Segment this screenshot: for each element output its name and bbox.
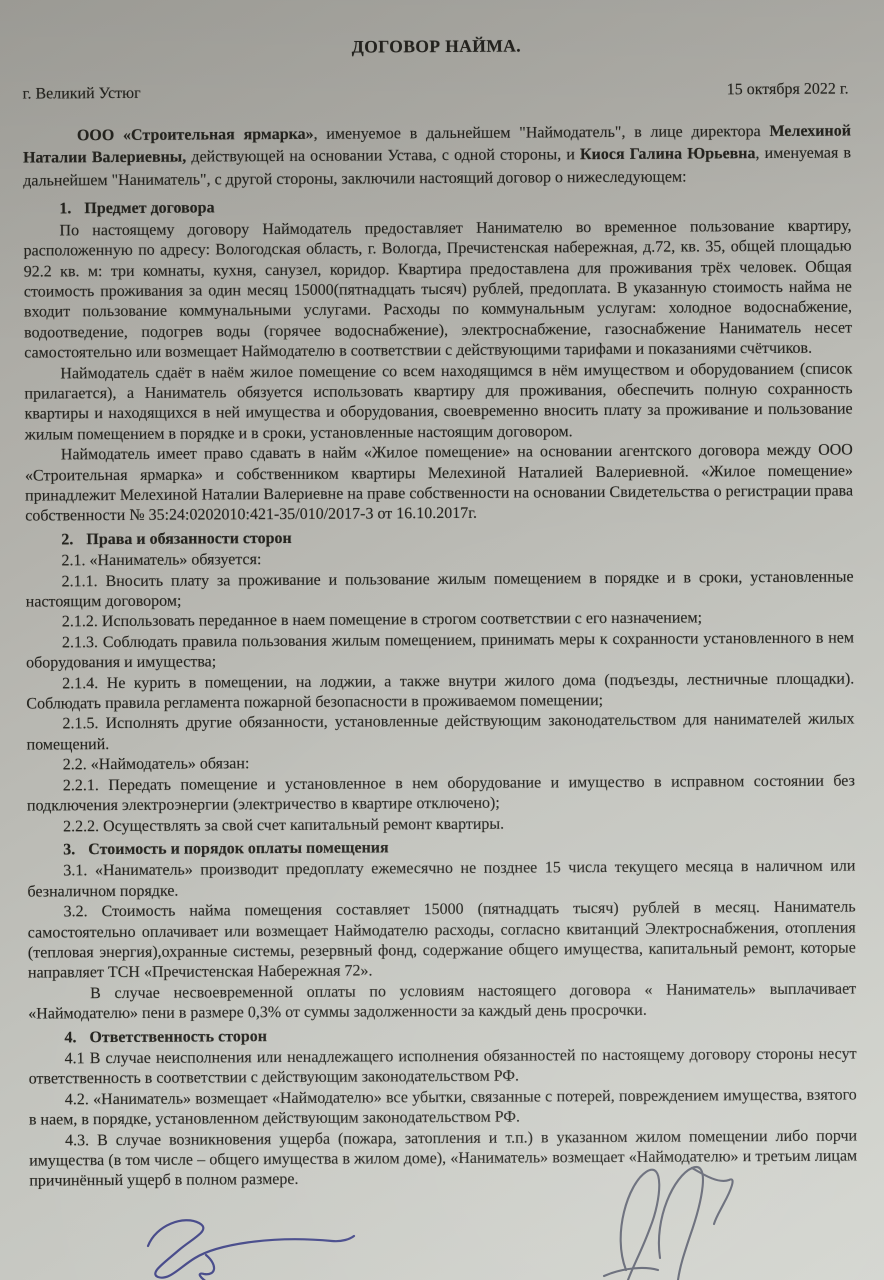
- body-text: 2.1.5. Исполнять другие обязанности, уст…: [27, 711, 855, 753]
- body-text: , именуемое в дальнейшем "Наймодатель", …: [313, 123, 769, 143]
- paragraph: 4.2. «Наниматель» возмещает «Наймодателю…: [29, 1085, 857, 1131]
- document-title: ДОГОВОР НАЙМА.: [22, 33, 850, 58]
- body-text: 2.2.2. Осуществлять за свой счет капитал…: [63, 815, 504, 835]
- document-content: ДОГОВОР НАЙМА. г. Великий Устюг 15 октяб…: [0, 0, 884, 1280]
- section-title: Права и обязанности сторон: [86, 530, 291, 548]
- body-text: 2.2.1. Передать помещение и установленно…: [27, 772, 855, 814]
- paragraph: 4.1 В случае неисполнения или ненадлежащ…: [28, 1044, 856, 1090]
- paragraph: 2.2.2. Осуществлять за свой счет капитал…: [27, 812, 855, 837]
- body-text: 2.1.3. Соблюдать правила пользования жил…: [26, 629, 854, 671]
- section-number: 2.: [61, 531, 73, 548]
- document-city: г. Великий Устюг: [23, 84, 141, 105]
- document-date: 15 октября 2022 г.: [727, 80, 849, 101]
- body-text: 3.1. «Наниматель» производит предоплату …: [27, 858, 855, 900]
- paragraph: 2.1.5. Исполнять другие обязанности, уст…: [26, 710, 854, 756]
- body-text: 2.1.1. Вносить плату за проживание и пол…: [26, 568, 854, 610]
- paragraph: 2.1.3. Соблюдать правила пользования жил…: [26, 628, 854, 674]
- body-text: 4.3. В случае возникновения ущерба (пожа…: [29, 1127, 857, 1190]
- body-text: 2.2. «Наймодатель» обязан:: [63, 755, 250, 773]
- document-photo: ДОГОВОР НАЙМА. г. Великий Устюг 15 октяб…: [0, 0, 884, 1280]
- section-number: 1.: [59, 201, 71, 218]
- paragraph: 2.1.4. Не курить в помещении, на лоджии,…: [26, 669, 854, 715]
- paragraph: По настоящему договору Наймодатель предо…: [23, 216, 852, 364]
- paragraph: 4.3. В случае возникновения ущерба (пожа…: [29, 1126, 857, 1192]
- body-text: действующей на основании Устава, с одной…: [186, 146, 580, 165]
- body-text: Наймодатель имеет право сдавать в найм «…: [25, 442, 853, 525]
- body-text: 2.1.2. Использовать переданное в наем по…: [62, 610, 702, 631]
- paragraph: Наймодатель имеет право сдавать в найм «…: [25, 441, 853, 528]
- paragraph: 3.1. «Наниматель» производит предоплату …: [27, 857, 855, 903]
- paragraph: 2.2.1. Передать помещение и установленно…: [27, 771, 855, 817]
- paragraph: В случае несвоевременной оплаты по услов…: [28, 979, 856, 1025]
- body-text: В случае несвоевременной оплаты по услов…: [28, 980, 856, 1022]
- body-text: 2.1. «Наниматель» обязуется:: [61, 551, 261, 569]
- document-meta-row: г. Великий Устюг 15 октября 2022 г.: [23, 80, 849, 105]
- paragraph: Наймодатель сдаёт в наём жилое помещение…: [24, 359, 852, 446]
- emphasized-text: ООО «Строительная ярмарка»: [77, 126, 314, 144]
- paragraph: 2.1.1. Вносить плату за проживание и пол…: [26, 567, 854, 613]
- body-text: 3.2. Стоимость найма помещения составляе…: [28, 899, 856, 982]
- document-body: ООО «Строительная ярмарка», именуемое в …: [23, 120, 858, 1192]
- body-text: 4.2. «Наниматель» возмещает «Наймодателю…: [29, 1086, 857, 1128]
- section-number: 4.: [64, 1029, 76, 1046]
- body-text: По настоящему договору Наймодатель предо…: [24, 217, 853, 361]
- paragraph: 3.2. Стоимость найма помещения составляе…: [28, 898, 856, 985]
- section-title: Предмет договора: [84, 200, 214, 218]
- body-text: Наймодатель сдаёт в наём жилое помещение…: [24, 360, 852, 443]
- section-title: Стоимость и порядок оплаты помещения: [88, 839, 388, 858]
- body-text: 4.1 В случае неисполнения или ненадлежащ…: [29, 1045, 857, 1087]
- section-number: 3.: [63, 841, 75, 858]
- emphasized-text: Киося Галина Юрьевна: [580, 145, 756, 163]
- body-text: 2.1.4. Не курить в помещении, на лоджии,…: [26, 670, 854, 712]
- section-title: Ответственность сторон: [89, 1028, 267, 1046]
- paragraph: ООО «Строительная ярмарка», именуемое в …: [23, 120, 851, 193]
